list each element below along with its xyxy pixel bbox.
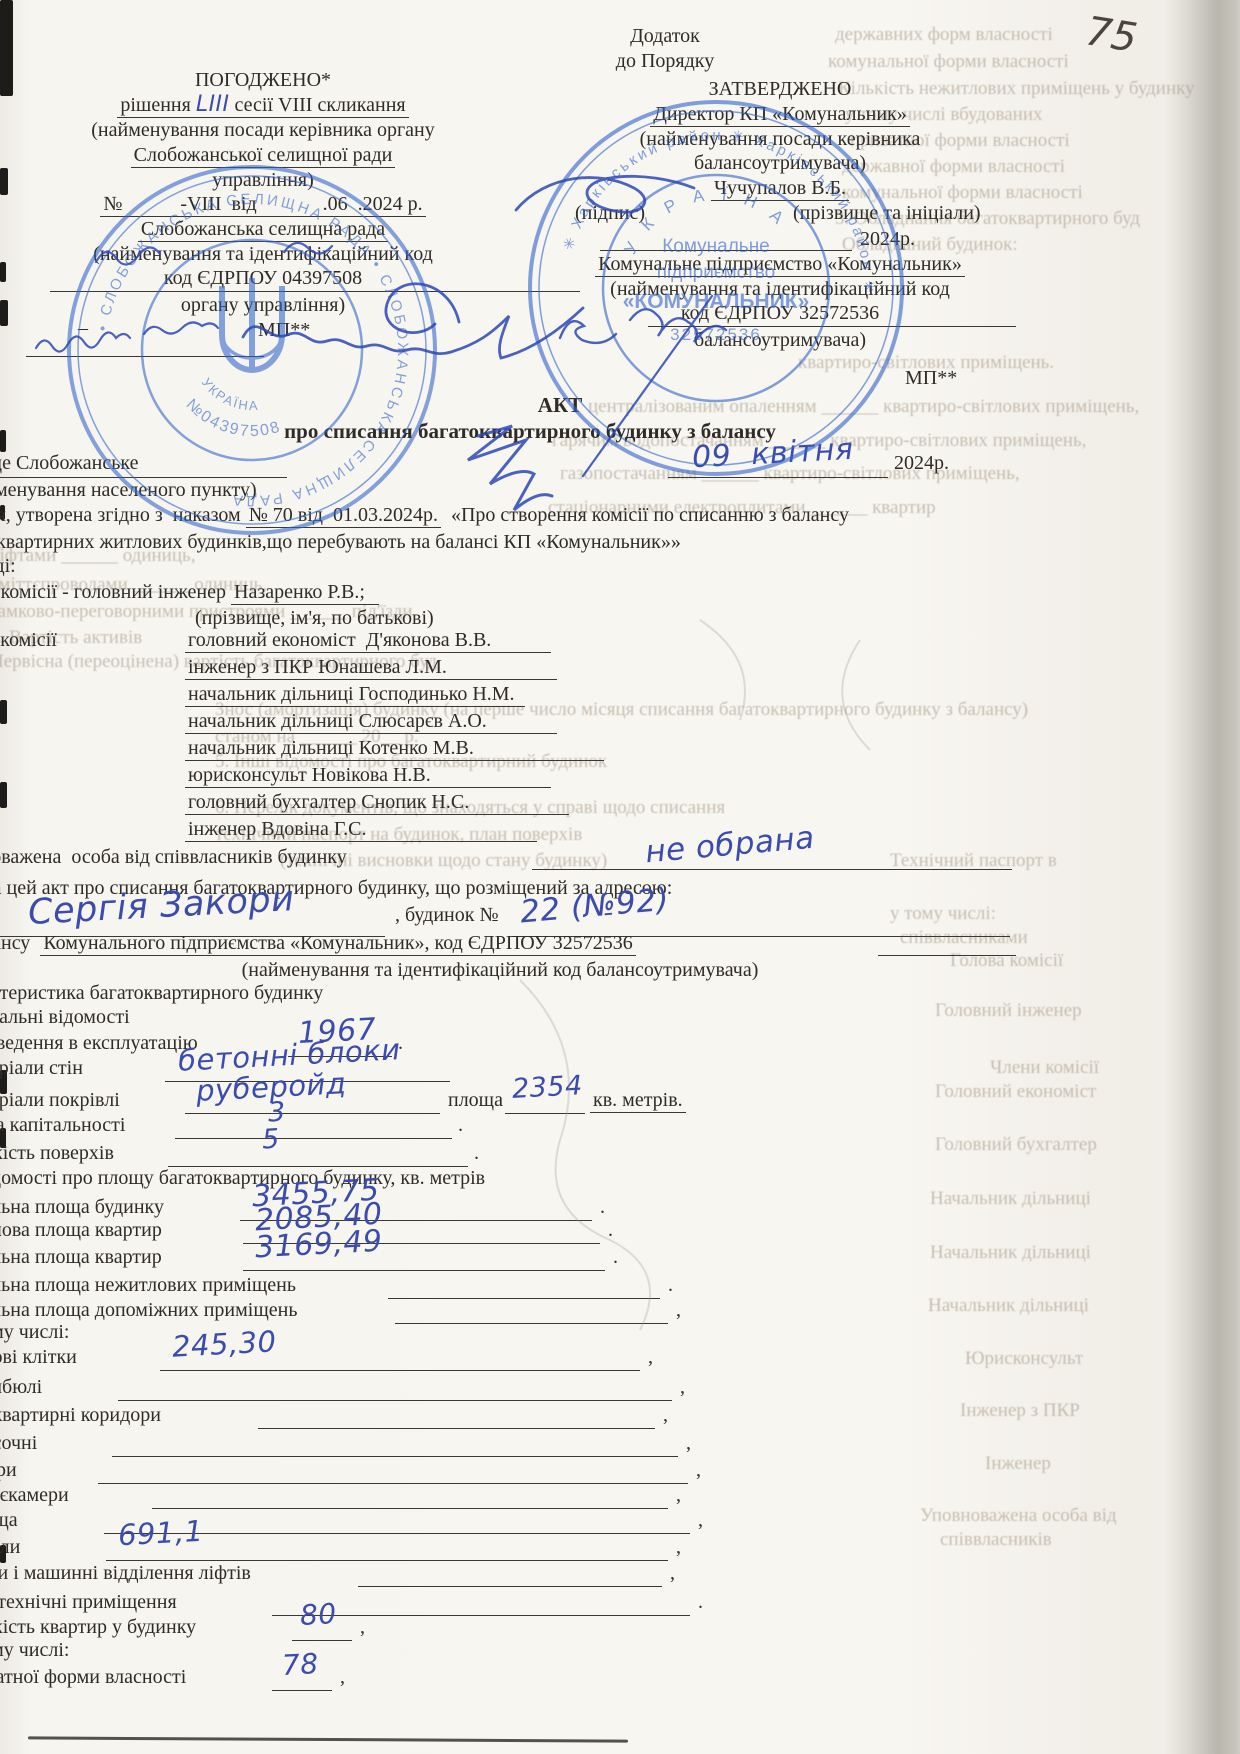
blank-line	[395, 1323, 668, 1324]
field-private-label: приватної форми власності	[0, 1665, 186, 1689]
confirmed-year: 2024р.	[860, 227, 915, 251]
member-row: головний бухгалтер Снопик Н.С.	[185, 790, 569, 814]
confirmed-director: Директор КП «Комунальник»	[505, 102, 1055, 126]
balance-line: з балансу Комунального підприємства «Ком…	[0, 931, 636, 955]
approved-session-line: рішення LIII сесії VIII скликання	[28, 93, 498, 117]
field-year-label: Рік введення в експлуатацію	[0, 1031, 198, 1055]
blank-line	[152, 1508, 668, 1509]
including-label: у тому числі:	[0, 1320, 69, 1344]
bleedthrough-text: Члени комісії	[990, 1057, 1099, 1079]
blank-line	[358, 1586, 662, 1587]
field-tail: ,	[698, 1508, 703, 1532]
blank-line	[258, 1428, 655, 1429]
handwritten-stairs: 245,30	[171, 1324, 277, 1363]
bleedthrough-text: співвласників	[940, 1529, 1052, 1551]
blank-line	[532, 869, 1012, 870]
blank-line	[600, 250, 852, 251]
intro-line-3: у складі:	[0, 554, 16, 578]
handwritten-session: LIII	[196, 92, 230, 117]
field-apts-area-label: Загальна площа квартир	[0, 1245, 162, 1269]
confirmed-caption-name: (прізвище та ініціали)	[793, 201, 981, 225]
field-nonres-label: Загальна площа нежитлових приміщень	[0, 1273, 296, 1297]
confirmed-caption-1: (найменування посади керівника	[505, 127, 1055, 151]
field-basements-label: підвали	[0, 1535, 20, 1559]
field-aux-label: Загальна площа допоміжних приміщень	[0, 1298, 297, 1322]
handwritten-not-elected: не обрана	[644, 820, 816, 871]
balance-holder: Комунального підприємства «Комунальник»,…	[40, 932, 635, 956]
field-garbage-label: сміттєкамери	[0, 1483, 69, 1507]
section-1-heading: 1. Загальні відомості	[0, 1005, 130, 1029]
approved-org: Слобожанської селищної ради	[28, 143, 498, 167]
member-row: начальник дільниці Слюсарєв А.О.	[185, 709, 557, 733]
blank-line	[112, 1456, 678, 1457]
blank-line	[388, 1298, 660, 1299]
bleedthrough-text: Головний інженер	[935, 1000, 1082, 1022]
field-roof-units: кв. метрів.	[590, 1088, 686, 1112]
field-tail: .	[668, 1273, 673, 1297]
field-lobby-label: вестибюлі	[0, 1375, 42, 1399]
field-tail: ,	[696, 1458, 701, 1482]
blank-line	[505, 1113, 585, 1114]
approved-caption-2: управління)	[28, 168, 498, 192]
authorized-label: Уповноважена особа від співвласників буд…	[0, 845, 347, 869]
scan-artifact	[0, 300, 8, 326]
blank-line	[878, 955, 1016, 956]
scan-artifact	[0, 262, 6, 282]
blank-line	[185, 1113, 440, 1114]
scan-artifact	[0, 700, 7, 724]
bleedthrough-text: Головний економіст	[935, 1081, 1096, 1103]
intro-line-2: багатоквартирних житлових будинків,що пе…	[0, 530, 681, 554]
bleedthrough-text: Інженер з ПКР	[960, 1400, 1080, 1422]
pencil-mark	[520, 980, 650, 1330]
member-row: інженер з ПКР Юнашева Л.М.	[185, 655, 557, 679]
blank-line	[272, 1690, 332, 1691]
confirmed-edrpou: код ЄДРПОУ 32572536	[505, 301, 1055, 325]
field-living-area-label: Житлова площа квартир	[0, 1218, 162, 1242]
commission-members-label: Члени комісії	[0, 628, 57, 652]
house-number-label: , будинок №	[395, 903, 499, 927]
page-number: 75	[1083, 8, 1140, 61]
field-tail: .	[600, 1195, 605, 1219]
field-tail: ,	[676, 1535, 681, 1559]
commission-head-name: Назаренко Р.В.;	[231, 581, 379, 605]
blank-line	[160, 1370, 640, 1371]
field-tail: ,	[648, 1345, 653, 1369]
blank-line	[26, 356, 264, 357]
field-walls-label: Матеріали стін	[0, 1056, 83, 1080]
member-row: юрисконсульт Новікова Н.В.	[185, 763, 551, 787]
member-row: інженер Вдовіна Г.С.	[185, 817, 537, 841]
field-tail: ,	[676, 1483, 681, 1507]
act-title: АКТ	[210, 393, 910, 417]
bleedthrough-text: Уповноважена особа від	[920, 1505, 1117, 1527]
blank-line	[243, 1270, 605, 1271]
blank-line	[98, 1483, 688, 1484]
signature-scribble-name	[36, 322, 218, 351]
field-tail: .	[613, 1245, 618, 1269]
bleedthrough-text: Інженер	[985, 1453, 1051, 1475]
confirmed-company: Комунальне підприємство «Комунальник»	[505, 252, 1055, 276]
approved-caption-3: (найменування та ідентифікаційний код	[28, 242, 498, 266]
field-tail: .	[608, 1218, 613, 1242]
handwritten-apts-area: 3169,49	[254, 1224, 383, 1266]
order-ref: № 70 від 01.03.2024р.	[246, 504, 441, 528]
bleedthrough-text: Начальник дільниці	[930, 1188, 1091, 1210]
blank-line	[292, 1640, 352, 1641]
field-tail: ,	[676, 1298, 681, 1322]
bleedthrough-text: Головний бухгалтер	[935, 1134, 1097, 1156]
dash: –	[78, 316, 88, 340]
field-tail: ,	[360, 1615, 365, 1639]
annex-note-1: Додаток	[500, 24, 830, 48]
commission-head: Голова комісії - головний інженер Назаре…	[0, 580, 379, 604]
scan-edge-band	[1166, 0, 1240, 1754]
field-total-area-label: Загальна площа будинку	[0, 1195, 164, 1219]
including-label-2: у тому числі:	[0, 1638, 69, 1662]
confirmed-caption-sign: (підпис)	[575, 201, 645, 225]
blank-line	[668, 477, 888, 478]
characteristics-heading: Характеристика багатоквартирного будинку	[0, 981, 323, 1005]
scan-artifact	[0, 168, 8, 195]
approved-council: Слобожанська селищна рада	[28, 217, 498, 241]
approved-edrpou: код ЄДРПОУ 04397508	[28, 266, 498, 290]
field-tail: ,	[686, 1431, 691, 1455]
field-lifts-label: шахти і машинні відділення ліфтів	[0, 1561, 251, 1585]
scan-artifact	[0, 430, 6, 452]
confirmed-caption-4: балансоутримувача)	[505, 328, 1055, 352]
handwritten-floors: 5	[261, 1124, 280, 1156]
confirmed-mp: МП**	[905, 366, 957, 390]
intro-line-1: Комісія, утворена згідно з наказом № 70 …	[0, 503, 849, 527]
section-2-heading: 2. Відомості про площу багатоквартирного…	[0, 1166, 485, 1190]
field-tail: ,	[670, 1561, 675, 1585]
field-stairs-label: сходові клітки	[0, 1345, 77, 1369]
field-tail: .	[698, 1590, 703, 1614]
bleedthrough-text: Голова комісії	[950, 950, 1063, 972]
field-roof-label: Матеріали покрівлі	[0, 1088, 120, 1112]
field-floors-label: Кількість поверхів	[0, 1141, 114, 1165]
member-row: начальник дільниці Котенко М.В.	[185, 736, 604, 760]
member-row: начальник дільниці Господинько Н.М.	[185, 682, 525, 706]
approved-caption-4: органу управління)	[28, 293, 498, 317]
handwritten-basements: 691,1	[117, 1514, 204, 1552]
confirmed-caption-2: балансоутримувача)	[505, 151, 1055, 175]
approved-number-line: №-VIII від.06 .2024 р.	[28, 192, 498, 216]
field-storerooms-label: комори	[0, 1458, 17, 1482]
settlement-year: 2024р.	[894, 451, 949, 475]
settlement-caption: (найменування населеного пункту)	[0, 478, 257, 502]
blank-line	[648, 326, 1016, 327]
settlement: селище Слобожанське	[0, 451, 138, 475]
commission-head-caption: (прізвище, ім'я, по батькові)	[195, 606, 434, 630]
bleedthrough-text: комунальної форми власності	[828, 51, 1069, 73]
bleedthrough-text: державних форм власності	[835, 24, 1053, 46]
field-tail: ,	[340, 1665, 345, 1689]
handwritten-private-count: 78	[281, 1647, 319, 1682]
field-apt-count-label: Кількість квартир у будинку	[0, 1615, 196, 1639]
field-tail: .	[474, 1141, 479, 1165]
handwritten-roof-area: 2354	[511, 1070, 583, 1105]
approved-title: ПОГОДЖЕНО*	[28, 68, 498, 92]
field-attic-label: горища	[0, 1508, 18, 1532]
balance-caption: (найменування та ідентифікаційний код ба…	[90, 958, 910, 982]
handwritten-apt-count: 80	[299, 1597, 337, 1632]
bleedthrough-text: співвласниками	[900, 927, 1028, 949]
approved-caption-1: (найменування посади керівника органу	[28, 118, 498, 142]
confirmed-name: Чучупалов В.Б.	[505, 176, 1055, 200]
field-corridors-label: позаквартирні коридори	[0, 1403, 161, 1427]
member-row: головний економіст Д'яконова В.В.	[185, 628, 551, 652]
field-tail: .	[458, 1113, 463, 1137]
annex-note-2: до Порядку	[500, 49, 830, 73]
bleedthrough-text: у тому числі:	[890, 903, 996, 925]
bleedthrough-text: Юрисконсульт	[965, 1348, 1083, 1370]
scan-artifact	[28, 1736, 628, 1742]
field-tech-label: інші технічні приміщення	[0, 1590, 177, 1614]
bleedthrough-text: Начальник дільниці	[928, 1295, 1089, 1317]
field-prams-label: колясочні	[0, 1431, 37, 1455]
blank-line	[118, 1400, 672, 1401]
pencil-mark	[700, 620, 870, 750]
bleedthrough-text: Начальник дільниці	[930, 1242, 1091, 1264]
confirmed-caption-3: (найменування та ідентифікаційний код	[505, 277, 1055, 301]
field-tail: ,	[663, 1403, 668, 1427]
field-roof-area-label: площа	[448, 1088, 503, 1112]
confirmed-title: ЗАТВЕРДЖЕНО	[505, 77, 1055, 101]
field-capital-label: Група капітальності	[0, 1113, 125, 1137]
scan-artifact	[0, 782, 7, 808]
blank-line	[175, 1138, 452, 1139]
scan-artifact	[0, 0, 13, 96]
blank-line	[50, 291, 580, 292]
approved-mp: МП**	[258, 318, 310, 342]
scanned-act-document: 75 державних форм власності комунальної …	[0, 0, 1240, 1754]
field-tail: ,	[680, 1375, 685, 1399]
